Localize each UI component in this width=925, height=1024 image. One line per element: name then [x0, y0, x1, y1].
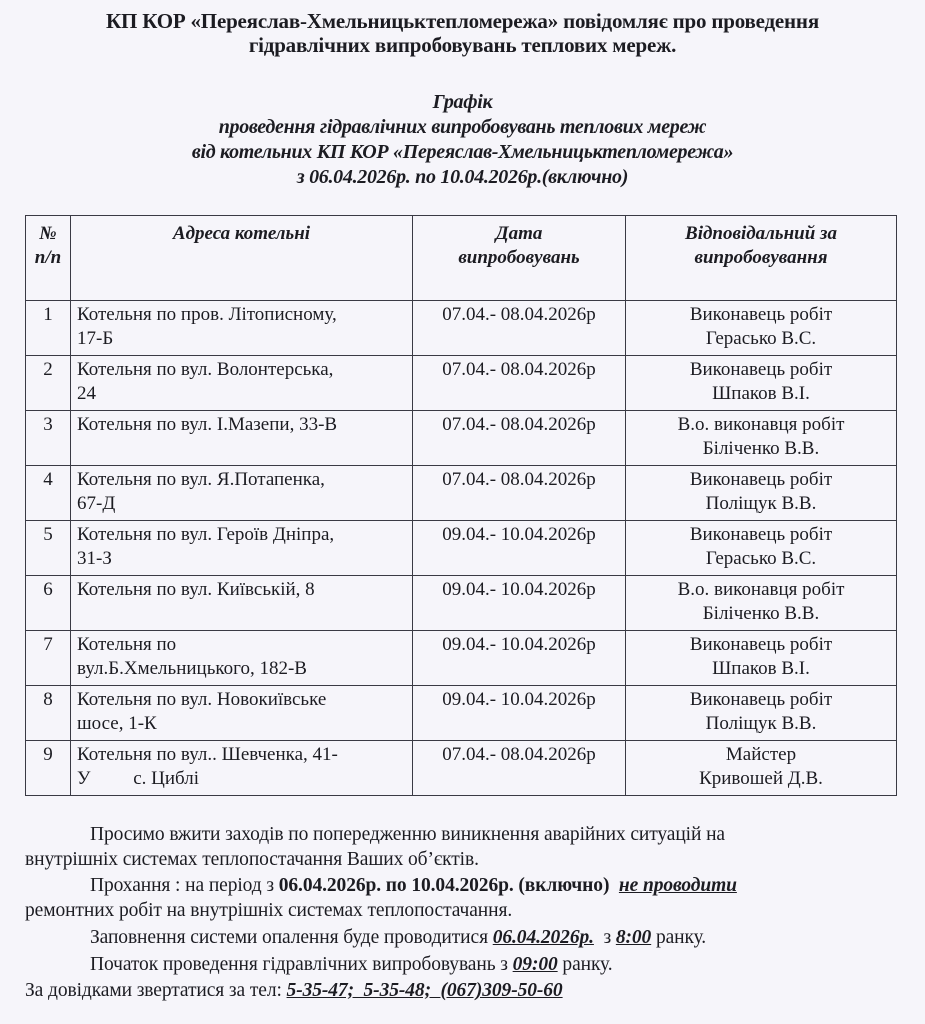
row-test-dates: 09.04.- 10.04.2026р — [413, 576, 626, 631]
request-emphasis: не проводити — [619, 875, 737, 896]
address-line-1: Котельня по вул. Героїв Дніпра, — [77, 523, 406, 547]
responsible-role: Виконавець робіт — [632, 468, 890, 492]
table-header-row: № п/п Адреса котельні Дата випробовувань… — [26, 216, 897, 301]
address-line-1: Котельня по — [77, 633, 406, 657]
header-date-label-1: Дата — [419, 222, 619, 246]
responsible-name: Біліченко В.В. — [632, 602, 890, 626]
header-address-label: Адреса котельні — [77, 222, 406, 246]
address-line-2: 31-З — [77, 547, 406, 571]
responsible-name: Герасько В.С. — [632, 327, 890, 351]
note-paragraph-1-line-1: Просимо вжити заходів по попередженню ви… — [90, 822, 725, 848]
responsible-role: Виконавець робіт — [632, 523, 890, 547]
note-paragraph-2-line-2: ремонтних робіт на внутрішніх системах т… — [25, 898, 512, 924]
row-responsible: Виконавець робітГерасько В.С. — [626, 301, 897, 356]
row-responsible: Виконавець робітГерасько В.С. — [626, 521, 897, 576]
test-start-prefix: Початок проведення гідравлічних випробов… — [90, 954, 513, 975]
filling-prefix: Заповнення системи опалення буде проводи… — [90, 927, 493, 948]
header-date: Дата випробовувань — [413, 216, 626, 301]
row-number: 7 — [26, 631, 71, 686]
row-responsible: Виконавець робітШпаков В.І. — [626, 631, 897, 686]
row-test-dates: 07.04.- 08.04.2026р — [413, 411, 626, 466]
address-line-2: шосе, 1-К — [77, 712, 406, 736]
responsible-role: В.о. виконавця робіт — [632, 413, 890, 437]
table-row: 4Котельня по вул. Я.Потапенка,67-Д07.04.… — [26, 466, 897, 521]
row-address: Котельня по вул. І.Мазепи, 33-В — [71, 411, 413, 466]
responsible-name: Шпаков В.І. — [632, 657, 890, 681]
responsible-name: Поліщук В.В. — [632, 712, 890, 736]
address-line-2: У с. Циблі — [77, 767, 406, 791]
header-number-label: п/п — [32, 246, 64, 270]
note-test-start: Початок проведення гідравлічних випробов… — [90, 952, 613, 978]
contacts-prefix: За довідками звертатися за тел: — [25, 980, 287, 1001]
address-line-1: Котельня по вул. І.Мазепи, 33-В — [77, 413, 406, 437]
schedule-subtitle-line-2: від котельних КП КОР «Переяслав-Хмельниц… — [0, 140, 925, 164]
row-address: Котельня по вул. Я.Потапенка,67-Д — [71, 466, 413, 521]
contact-phones: 5-35-47; 5-35-48; (067)309-50-60 — [287, 980, 563, 1001]
header-number-symbol: № — [32, 222, 64, 246]
header-responsible-label-1: Відповідальний за — [632, 222, 890, 246]
row-test-dates: 09.04.- 10.04.2026р — [413, 631, 626, 686]
notice-page: КП КОР «Переяслав-Хмельницьктепломережа»… — [0, 0, 925, 1024]
row-test-dates: 07.04.- 08.04.2026р — [413, 356, 626, 411]
responsible-role: Виконавець робіт — [632, 633, 890, 657]
address-line-1: Котельня по вул. Новокиївське — [77, 688, 406, 712]
responsible-role: Виконавець робіт — [632, 688, 890, 712]
table-row: 8Котельня по вул. Новокиївськешосе, 1-К0… — [26, 686, 897, 741]
responsible-name: Кривошей Д.В. — [632, 767, 890, 791]
schedule-period: з 06.04.2026р. по 10.04.2026р.(включно) — [0, 165, 925, 189]
table-row: 9Котельня по вул.. Шевченка, 41-У с. Циб… — [26, 741, 897, 796]
row-address: Котельня по вул. Героїв Дніпра,31-З — [71, 521, 413, 576]
header-responsible: Відповідальний за випробовування — [626, 216, 897, 301]
row-number: 9 — [26, 741, 71, 796]
row-test-dates: 09.04.- 10.04.2026р — [413, 686, 626, 741]
schedule-table: № п/п Адреса котельні Дата випробовувань… — [25, 215, 897, 796]
table-row: 3Котельня по вул. І.Мазепи, 33-В07.04.- … — [26, 411, 897, 466]
responsible-role: Виконавець робіт — [632, 303, 890, 327]
note-filling-schedule: Заповнення системи опалення буде проводи… — [90, 925, 706, 951]
table-row: 5Котельня по вул. Героїв Дніпра,31-З09.0… — [26, 521, 897, 576]
responsible-name: Біліченко В.В. — [632, 437, 890, 461]
table-row: 2Котельня по вул. Волонтерська,2407.04.-… — [26, 356, 897, 411]
header-date-label-2: випробовувань — [419, 246, 619, 270]
row-responsible: Виконавець робітПоліщук В.В. — [626, 466, 897, 521]
notice-heading-line-1: КП КОР «Переяслав-Хмельницьктепломережа»… — [0, 9, 925, 33]
row-test-dates: 07.04.- 08.04.2026р — [413, 301, 626, 356]
row-test-dates: 07.04.- 08.04.2026р — [413, 466, 626, 521]
table-row: 6Котельня по вул. Київській, 809.04.- 10… — [26, 576, 897, 631]
filling-date: 06.04.2026р. — [493, 927, 594, 948]
row-responsible: Виконавець робітПоліщук В.В. — [626, 686, 897, 741]
address-line-1: Котельня по вул.. Шевченка, 41- — [77, 743, 406, 767]
header-responsible-label-2: випробовування — [632, 246, 890, 270]
schedule-title: Графік — [0, 90, 925, 114]
filling-time: 8:00 — [616, 927, 651, 948]
table-row: 1Котельня по пров. Літописному,17-Б07.04… — [26, 301, 897, 356]
address-line-2: 17-Б — [77, 327, 406, 351]
row-number: 5 — [26, 521, 71, 576]
row-number: 4 — [26, 466, 71, 521]
address-line-1: Котельня по вул. Київській, 8 — [77, 578, 406, 602]
address-line-2: вул.Б.Хмельницького, 182-В — [77, 657, 406, 681]
row-responsible: Виконавець робітШпаков В.І. — [626, 356, 897, 411]
test-start-time: 09:00 — [513, 954, 558, 975]
responsible-role: Виконавець робіт — [632, 358, 890, 382]
header-address: Адреса котельні — [71, 216, 413, 301]
row-address: Котельня по пров. Літописному,17-Б — [71, 301, 413, 356]
row-responsible: В.о. виконавця робітБіліченко В.В. — [626, 576, 897, 631]
note-paragraph-2-line-1: Прохання : на період з 06.04.2026р. по 1… — [90, 873, 737, 899]
notice-heading-line-2: гідравлічних випробовувань теплових мере… — [0, 33, 925, 57]
row-number: 8 — [26, 686, 71, 741]
table-row: 7Котельня повул.Б.Хмельницького, 182-В09… — [26, 631, 897, 686]
row-responsible: В.о. виконавця робітБіліченко В.В. — [626, 411, 897, 466]
row-number: 1 — [26, 301, 71, 356]
row-address: Котельня по вул. Новокиївськешосе, 1-К — [71, 686, 413, 741]
responsible-name: Шпаков В.І. — [632, 382, 890, 406]
row-number: 2 — [26, 356, 71, 411]
note-paragraph-1-line-2: внутрішніх системах теплопостачання Ваши… — [25, 847, 479, 873]
row-address: Котельня по вул.. Шевченка, 41-У с. Цибл… — [71, 741, 413, 796]
responsible-name: Поліщук В.В. — [632, 492, 890, 516]
responsible-role: Майстер — [632, 743, 890, 767]
row-number: 3 — [26, 411, 71, 466]
request-separator — [609, 875, 619, 896]
row-test-dates: 09.04.- 10.04.2026р — [413, 521, 626, 576]
row-number: 6 — [26, 576, 71, 631]
address-line-1: Котельня по вул. Я.Потапенка, — [77, 468, 406, 492]
filling-suffix: ранку. — [651, 927, 706, 948]
address-line-2: 24 — [77, 382, 406, 406]
filling-mid: з — [594, 927, 616, 948]
test-start-suffix: ранку. — [558, 954, 613, 975]
schedule-subtitle-line-1: проведення гідравлічних випробовувань те… — [0, 115, 925, 139]
row-responsible: МайстерКривошей Д.В. — [626, 741, 897, 796]
table-body: 1Котельня по пров. Літописному,17-Б07.04… — [26, 301, 897, 796]
row-test-dates: 07.04.- 08.04.2026р — [413, 741, 626, 796]
request-period: 06.04.2026р. по 10.04.2026р. (включно) — [279, 875, 610, 896]
row-address: Котельня повул.Б.Хмельницького, 182-В — [71, 631, 413, 686]
header-number: № п/п — [26, 216, 71, 301]
address-line-2: 67-Д — [77, 492, 406, 516]
address-line-1: Котельня по вул. Волонтерська, — [77, 358, 406, 382]
responsible-name: Герасько В.С. — [632, 547, 890, 571]
row-address: Котельня по вул. Київській, 8 — [71, 576, 413, 631]
responsible-role: В.о. виконавця робіт — [632, 578, 890, 602]
row-address: Котельня по вул. Волонтерська,24 — [71, 356, 413, 411]
address-line-1: Котельня по пров. Літописному, — [77, 303, 406, 327]
request-prefix: Прохання : на період з — [90, 875, 279, 896]
note-contacts: За довідками звертатися за тел: 5-35-47;… — [25, 978, 563, 1004]
